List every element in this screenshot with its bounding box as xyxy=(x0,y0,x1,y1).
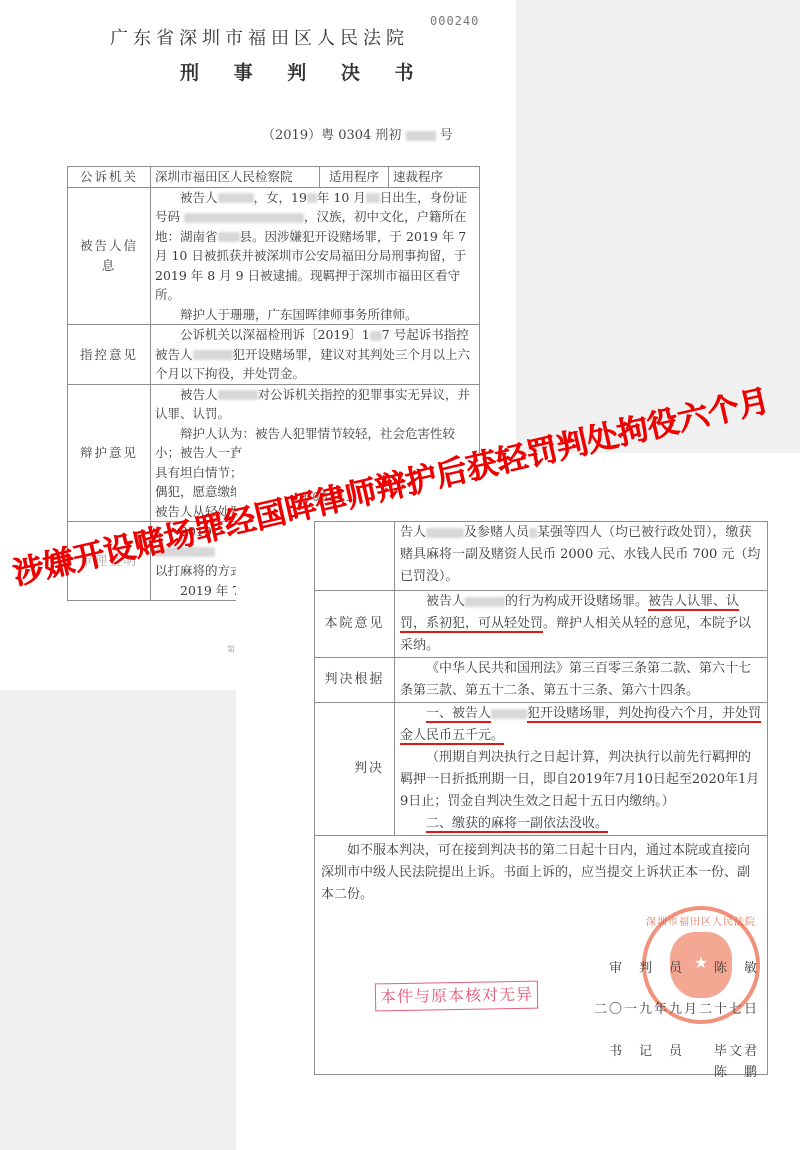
value-procedure: 速裁程序 xyxy=(389,167,480,188)
clerk-line: 书 记 员 毕文君 xyxy=(609,1041,759,1063)
value-defendant-info: 被告人，女，19年 10 月日出生，身份证号码 ，汉族，初中文化，户籍所在地：湖… xyxy=(151,187,480,325)
court-name: 广东省深圳市福田区人民法院 xyxy=(110,24,409,50)
redacted-case-id xyxy=(406,131,436,141)
case-number: （2019）粤 0304 刑初 号 xyxy=(262,124,453,143)
case-number-prefix: （2019）粤 0304 刑初 xyxy=(262,128,401,143)
defense-lawyer-paragraph: 辩护人于珊珊，广东国晖律师事务所律师。 xyxy=(155,305,475,325)
row-closing: 如不服本判决，可在接到判决书的第二日起十日内，通过本院或直接向深圳市中级人民法院… xyxy=(315,836,768,1075)
row-charge-opinion: 指控意见 公诉机关以深福检刑诉〔2019〕17 号起诉书指控被告人犯开设赌场罪，… xyxy=(68,325,480,385)
label-charge-opinion: 指控意见 xyxy=(68,325,151,385)
verdict-item-1: 一、被告人犯开设赌场罪，判处拘役六个月，并处罚金人民币五千元。 xyxy=(400,706,761,743)
copy-verified-stamp: 本件与原本核对无异 xyxy=(375,981,538,1012)
label-defense-opinion: 辩护意见 xyxy=(68,384,151,522)
row-prosecutor: 公诉机关 深圳市福田区人民检察院 适用程序 速裁程序 xyxy=(68,167,480,188)
defendant-paragraph: 被告人，女，19年 10 月日出生，身份证号码 ，汉族，初中文化，户籍所在地：湖… xyxy=(155,188,475,305)
row-legal-basis: 判决根据 《中华人民共和国刑法》第三百零三条第二款、第六十七条第三款、第五十二条… xyxy=(315,658,768,703)
value-court-opinion: 被告人的行为构成开设赌场罪。被告人认罪、认罚，系初犯，可从轻处罚。辩护人相关从轻… xyxy=(395,591,768,658)
verdict-note: （刑期自判决执行之日起计算，判决执行以前先行羁押的羁押一日折抵刑期一日，即自20… xyxy=(400,747,762,813)
value-prosecutor: 深圳市福田区人民检察院 xyxy=(151,167,320,188)
judge-line: 审 判 员 陈 敏 xyxy=(609,958,759,980)
document-title: 刑 事 判 决 书 xyxy=(180,58,427,85)
label-defendant-info: 被告人信息 xyxy=(68,187,151,325)
label-legal-basis: 判决根据 xyxy=(315,658,395,703)
case-number-suffix: 号 xyxy=(440,128,453,143)
row-defendant-info: 被告人信息 被告人，女，19年 10 月日出生，身份证号码 ，汉族，初中文化，户… xyxy=(68,187,480,325)
label-court-opinion: 本院意见 xyxy=(315,591,395,658)
row-court-opinion: 本院意见 被告人的行为构成开设赌场罪。被告人认罪、认罚，系初犯，可从轻处罚。辩护… xyxy=(315,591,768,658)
label-verdict: 判决 xyxy=(315,703,395,836)
value-verdict: 一、被告人犯开设赌场罪，判处拘役六个月，并处罚金人民币五千元。 （刑期自判决执行… xyxy=(395,703,768,836)
label-prosecutor: 公诉机关 xyxy=(68,167,151,188)
value-legal-basis: 《中华人民共和国刑法》第三百零三条第二款、第六十七条第三款、第五十二条、第五十三… xyxy=(395,658,768,703)
value-facts-continued: 告人及参赌人员某强等四人（均已被行政处罚），缴获赌具麻将一副及赌资人民币 200… xyxy=(395,522,768,591)
row-verdict: 判决 一、被告人犯开设赌场罪，判处拘役六个月，并处罚金人民币五千元。 （刑期自判… xyxy=(315,703,768,836)
appeal-notice: 如不服本判决，可在接到判决书的第二日起十日内，通过本院或直接向深圳市中级人民法院… xyxy=(321,840,761,906)
page-footer: 第 xyxy=(227,644,235,655)
background-gray-bottom xyxy=(0,690,236,1150)
row-facts-continued: 告人及参赌人员某强等四人（均已被行政处罚），缴获赌具麻将一副及赌资人民币 200… xyxy=(315,522,768,591)
document-code: 000240 xyxy=(430,14,479,28)
label-procedure: 适用程序 xyxy=(320,167,389,188)
clerk-line-2: 陈 鹏 xyxy=(714,1062,759,1084)
value-charge-opinion: 公诉机关以深福检刑诉〔2019〕17 号起诉书指控被告人犯开设赌场罪，建议对其判… xyxy=(151,325,480,385)
closing-section: 如不服本判决，可在接到判决书的第二日起十日内，通过本院或直接向深圳市中级人民法院… xyxy=(315,836,767,1074)
verdict-item-2: 二、缴获的麻将一副依法没收。 xyxy=(426,816,608,831)
judgment-table: 告人及参赌人员某强等四人（均已被行政处罚），缴获赌具麻将一副及赌资人民币 200… xyxy=(314,521,768,1075)
judgment-date: 二〇一九年九月二十七日 xyxy=(594,999,759,1021)
